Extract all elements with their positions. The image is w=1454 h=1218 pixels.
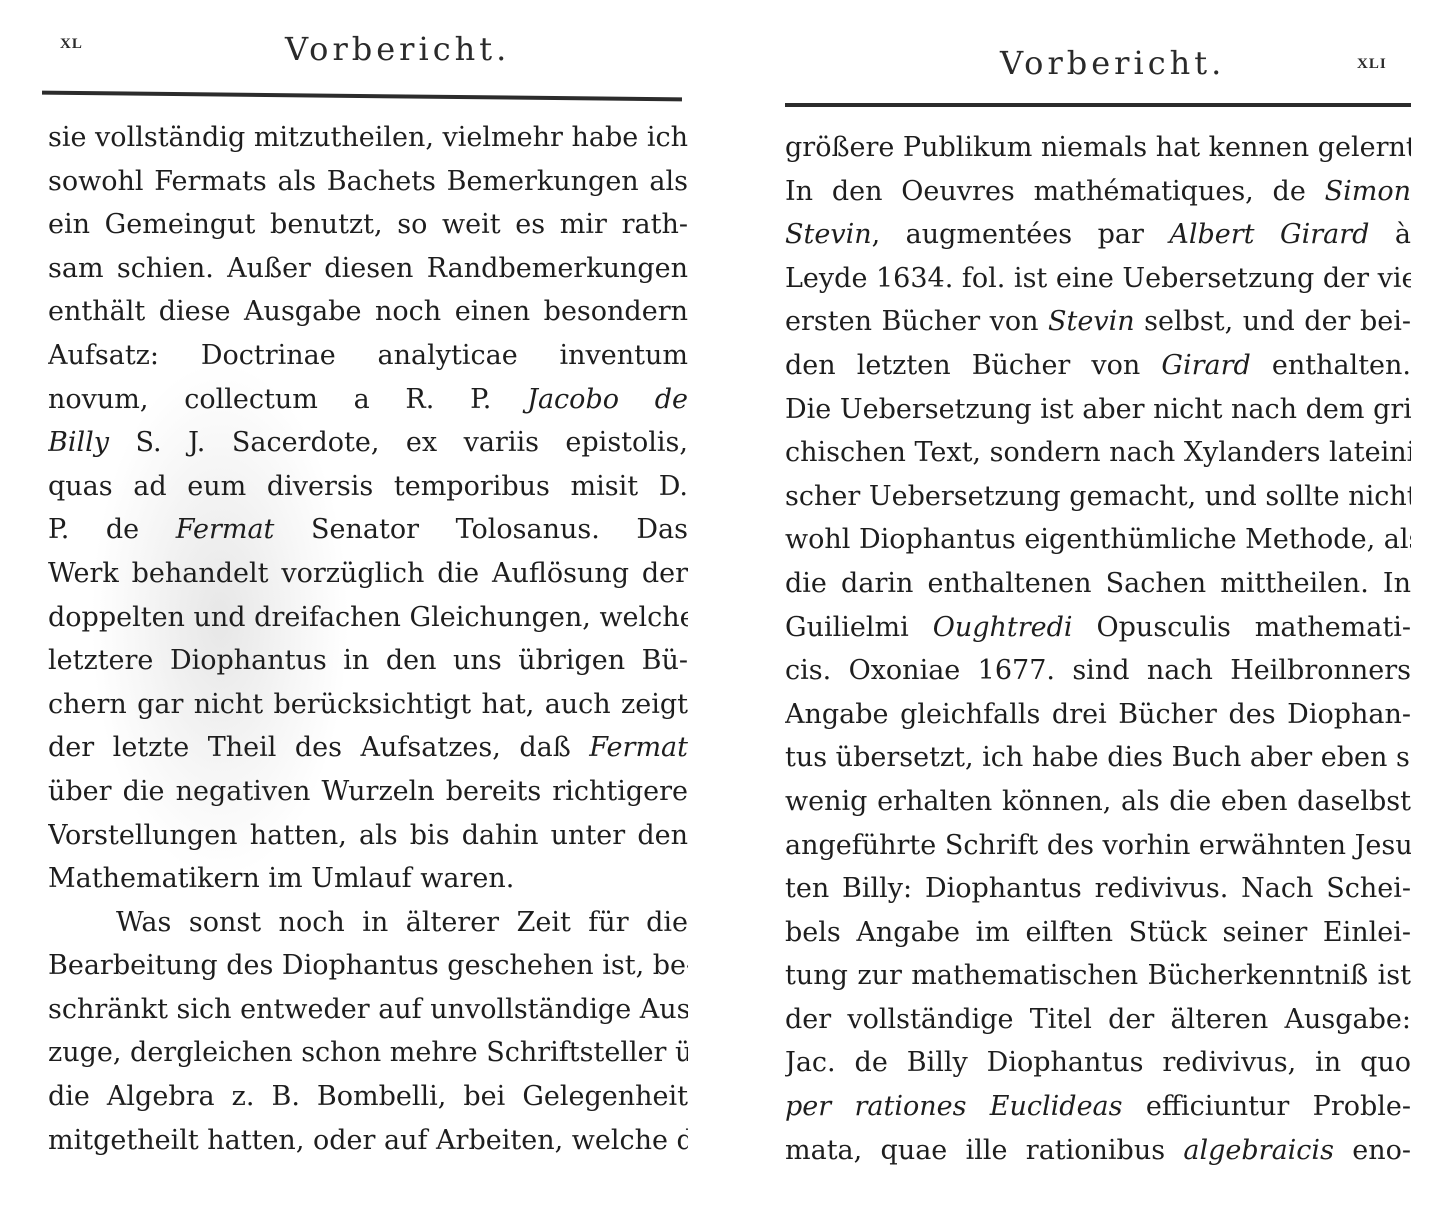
text-line: sam schien. Außer diesen Randbemerkungen — [48, 247, 688, 291]
running-head: Vorbericht. — [285, 30, 510, 68]
text-line: der vollständige Titel der älteren Ausga… — [785, 998, 1411, 1042]
paragraph-start-line: Was sonst noch in älterer Zeit für die — [48, 901, 688, 945]
text-line: quas ad eum diversis temporibus misit D. — [48, 465, 688, 509]
text-line: angeführte Schrift des vorhin erwähnten … — [785, 824, 1411, 868]
text-line: tung zur mathematischen Bücherkenntniß i… — [785, 954, 1411, 998]
page-number: XLI — [1357, 56, 1387, 73]
text-line: P. de Fermat Senator Tolosanus. Das — [48, 508, 688, 552]
text-line: Die Uebersetzung ist aber nicht nach dem… — [785, 388, 1411, 432]
text-line: per rationes Euclideas efficiuntur Probl… — [785, 1085, 1411, 1129]
text-line: zuge, dergleichen schon mehre Schriftste… — [48, 1031, 688, 1075]
text-line: enthält diese Ausgabe noch einen besonde… — [48, 290, 688, 334]
text-line: tus übersetzt, ich habe dies Buch aber e… — [785, 736, 1411, 780]
text-line: den letzten Bücher von Girard enthalten. — [785, 344, 1411, 388]
text-line: scher Uebersetzung gemacht, und sollte n… — [785, 475, 1411, 519]
body-text: sie vollständig mitzutheilen, vielmehr h… — [48, 116, 688, 1162]
text-line: die darin enthaltenen Sachen mittheilen.… — [785, 562, 1411, 606]
body-text: größere Publikum niemals hat kennen gele… — [785, 126, 1411, 1172]
text-line: bels Angabe im eilften Stück seiner Einl… — [785, 911, 1411, 955]
text-line: größere Publikum niemals hat kennen gele… — [785, 126, 1411, 170]
text-line: Werk behandelt vorzüglich die Auflösung … — [48, 552, 688, 596]
page-number: XL — [60, 36, 83, 53]
text-line: Vorstellungen hatten, als bis dahin unte… — [48, 814, 688, 858]
text-line: ersten Bücher von Stevin selbst, und der… — [785, 300, 1411, 344]
text-line: cis. Oxoniae 1677. sind nach Heilbronner… — [785, 649, 1411, 693]
text-line: In den Oeuvres mathématiques, de Simon — [785, 170, 1411, 214]
text-line: sie vollständig mitzutheilen, vielmehr h… — [48, 116, 688, 160]
text-line: mata, quae ille rationibus algebraicis e… — [785, 1129, 1411, 1173]
text-line: Stevin, augmentées par Albert Girard à — [785, 213, 1411, 257]
text-line: Aufsatz: Doctrinae analyticae inventum — [48, 334, 688, 378]
text-line: novum, collectum a R. P. Jacobo de — [48, 378, 688, 422]
text-line: Jac. de Billy Diophantus redivivus, in q… — [785, 1041, 1411, 1085]
text-line: Guilielmi Oughtredi Opusculis mathemati- — [785, 606, 1411, 650]
running-head: Vorbericht. — [1000, 44, 1225, 82]
header-rule — [785, 103, 1411, 107]
text-line: chern gar nicht berücksichtigt hat, auch… — [48, 683, 688, 727]
text-line: Mathematikern im Umlauf waren. — [48, 857, 688, 901]
text-line: Bearbeitung des Diophantus geschehen ist… — [48, 944, 688, 988]
text-line: letztere Diophantus in den uns übrigen B… — [48, 639, 688, 683]
text-line: sowohl Fermats als Bachets Bemerkungen a… — [48, 160, 688, 204]
text-line: doppelten und dreifachen Gleichungen, we… — [48, 596, 688, 640]
text-line: chischen Text, sondern nach Xylanders la… — [785, 431, 1411, 475]
right-page: Vorbericht. XLI größere Publikum niemals… — [727, 0, 1454, 1218]
text-line: wohl Diophantus eigenthümliche Methode, … — [785, 518, 1411, 562]
text-line: Billy S. J. Sacerdote, ex variis epistol… — [48, 421, 688, 465]
text-line: ein Gemeingut benutzt, so weit es mir ra… — [48, 203, 688, 247]
header-rule — [42, 91, 682, 102]
left-page: XL Vorbericht. sie vollständig mitzuthei… — [0, 0, 727, 1218]
text-line: ten Billy: Diophantus redivivus. Nach Sc… — [785, 867, 1411, 911]
text-line: wenig erhalten können, als die eben dase… — [785, 780, 1411, 824]
text-line: die Algebra z. B. Bombelli, bei Gelegenh… — [48, 1075, 688, 1119]
text-line: über die negativen Wurzeln bereits richt… — [48, 770, 688, 814]
text-line: Leyde 1634. fol. ist eine Uebersetzung d… — [785, 257, 1411, 301]
text-line: schränkt sich entweder auf unvollständig… — [48, 988, 688, 1032]
text-line: Angabe gleichfalls drei Bücher des Dioph… — [785, 693, 1411, 737]
text-line: der letzte Theil des Aufsatzes, daß Ferm… — [48, 726, 688, 770]
text-line: mitgetheilt hatten, oder auf Arbeiten, w… — [48, 1119, 688, 1163]
